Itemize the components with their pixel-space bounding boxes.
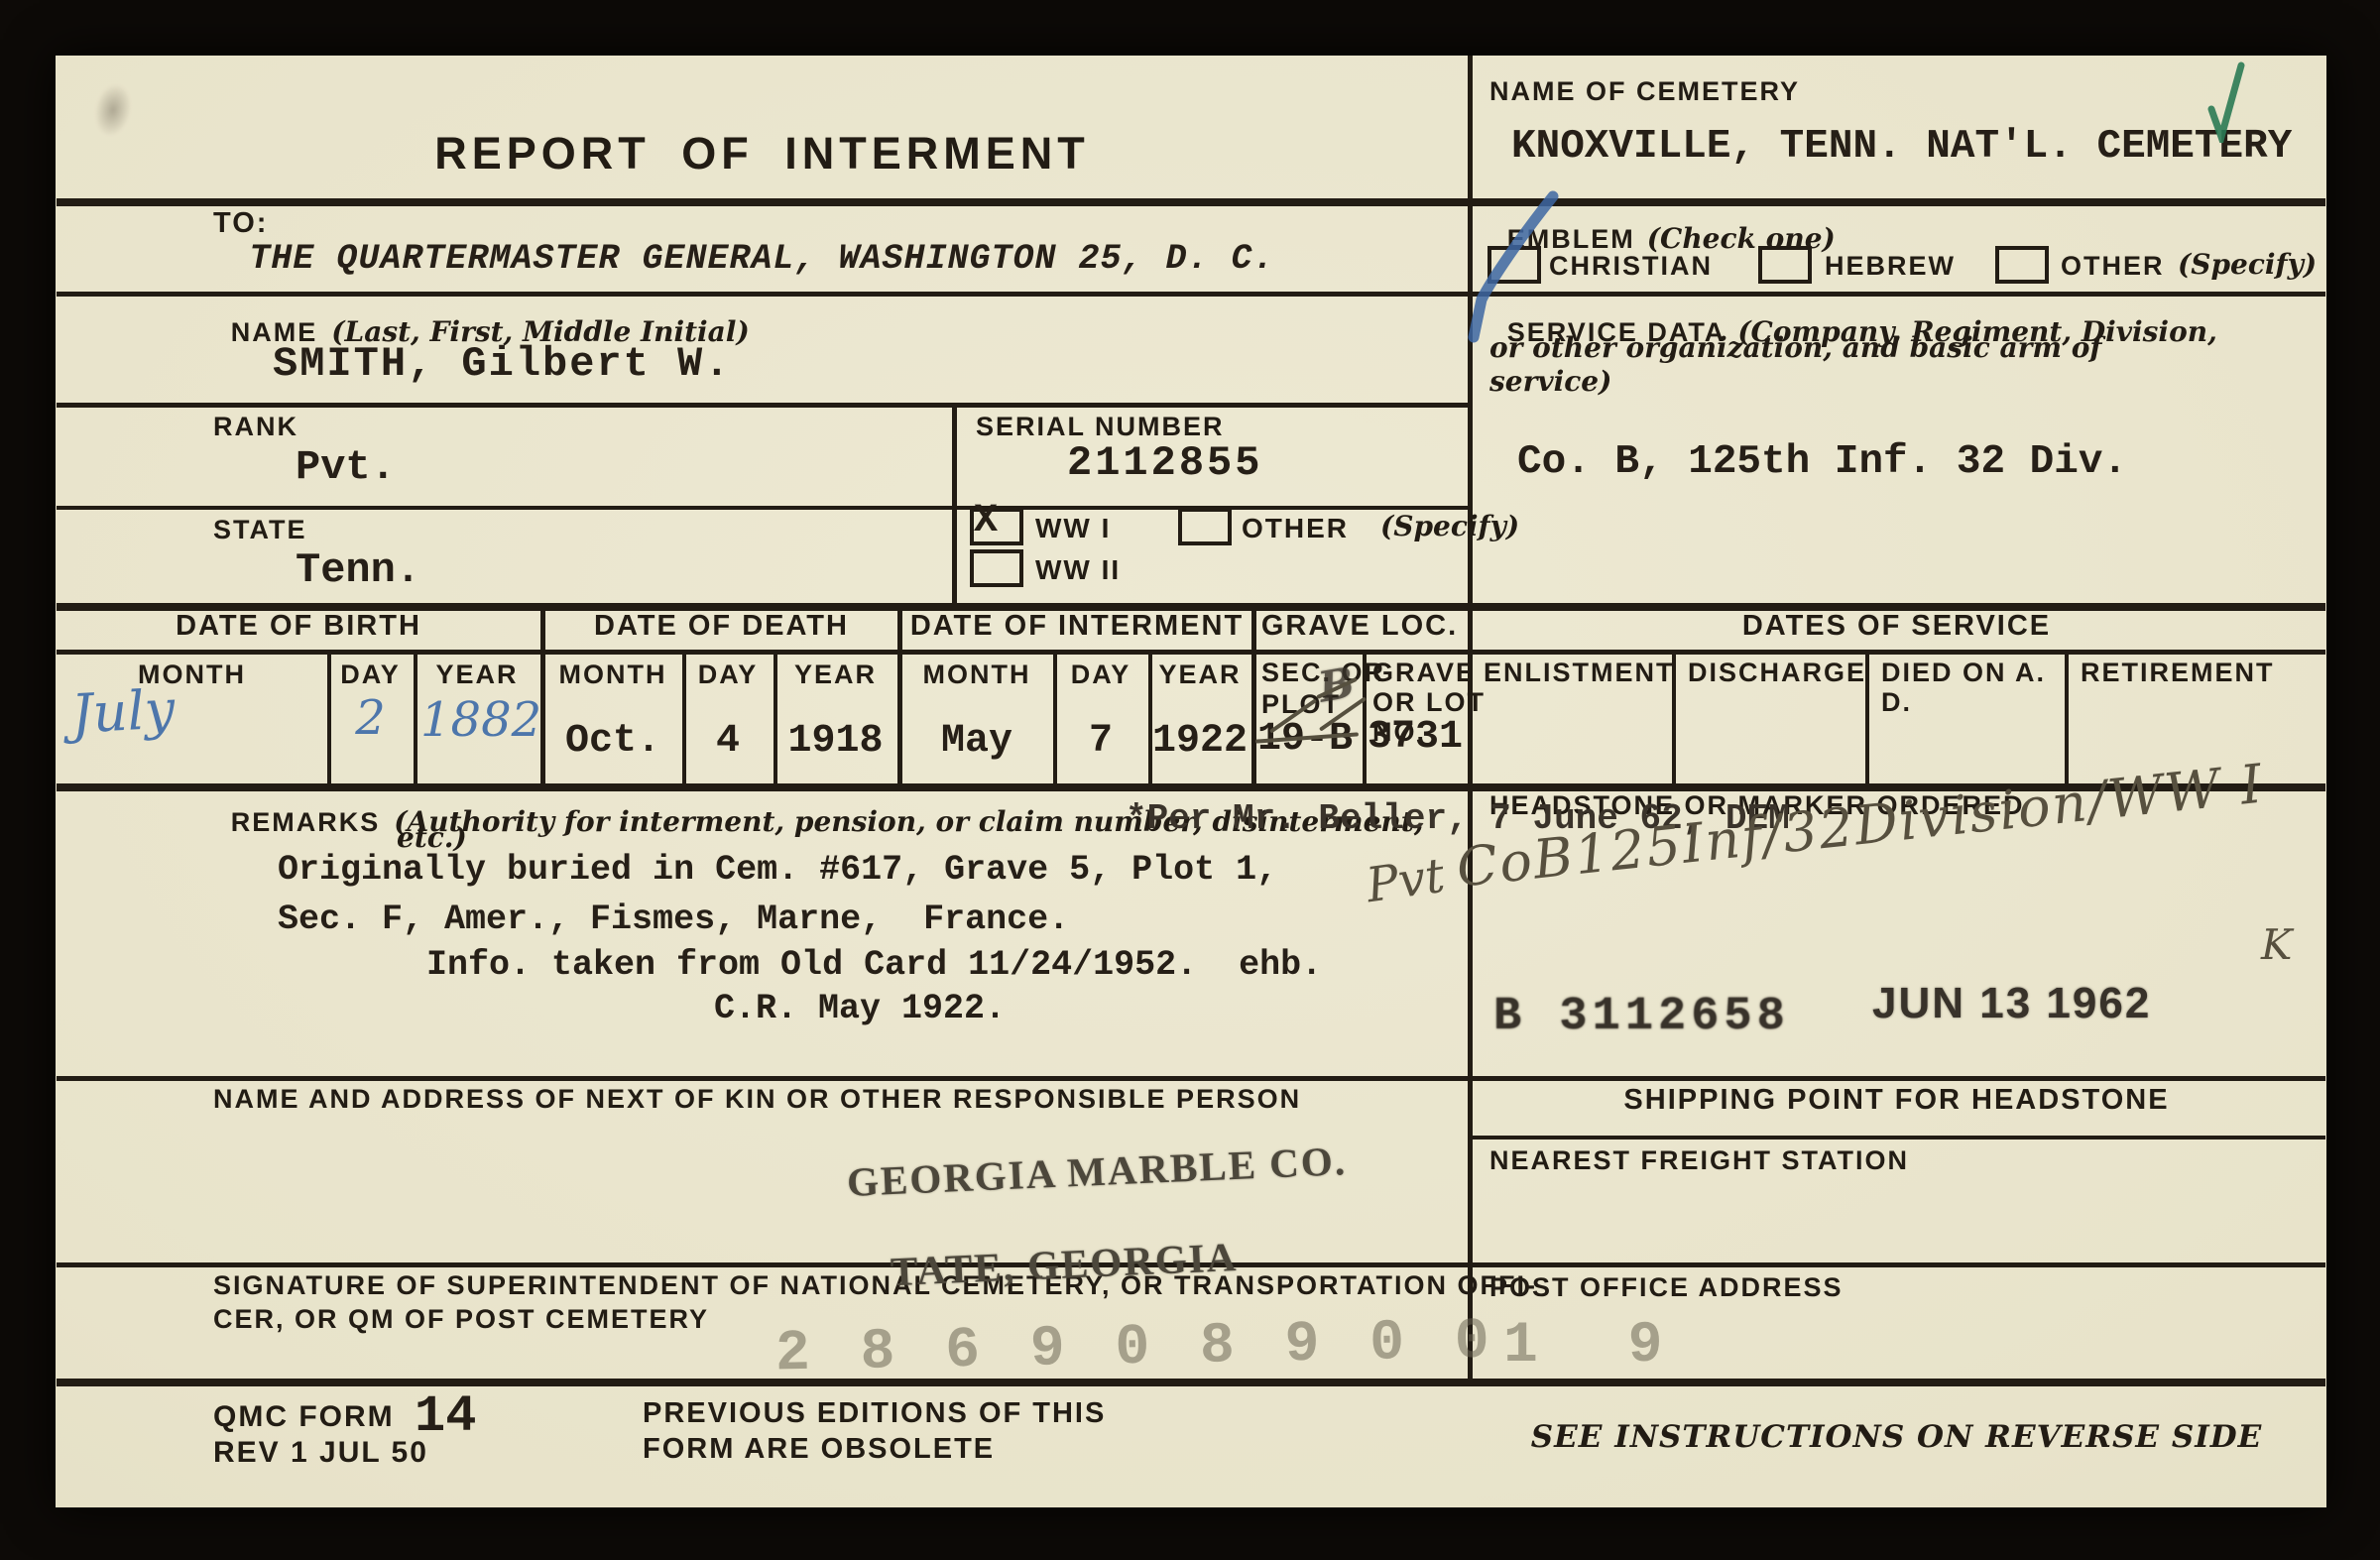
birth-day-label: DAY xyxy=(327,660,414,690)
remarks-line2: Sec. F, Amer., Fismes, Marne, France. xyxy=(278,900,1069,939)
to-value: THE QUARTERMASTER GENERAL, WASHINGTON 25… xyxy=(57,240,1468,279)
faint-stamped-digits-right: 1 9 xyxy=(1503,1315,1690,1379)
post-office-address-label: POST OFFICE ADDRESS xyxy=(1489,1273,1844,1303)
rule-under-name xyxy=(57,403,1468,408)
form-id-line1: QMC FORM xyxy=(213,1400,395,1433)
emblem-other-checkbox xyxy=(1995,246,2049,284)
rule-under-rank xyxy=(57,506,1468,510)
interment-month-value: May xyxy=(900,720,1053,764)
interment-year-value: 1922 xyxy=(1148,720,1251,764)
handwritten-birth-day: 2 xyxy=(327,692,414,745)
date-of-interment-header: DATE OF INTERMENT xyxy=(902,611,1251,643)
signature-label-line2: CER, OR QM OF POST CEMETERY xyxy=(213,1305,709,1335)
remarks-line3: Info. taken from Old Card 11/24/1952. eh… xyxy=(426,946,1322,985)
cemetery-value: KNOXVILLE, TENN. NAT'L. CEMETERY xyxy=(1511,125,2292,170)
date-of-death-header: DATE OF DEATH xyxy=(545,611,897,643)
remarks-label: REMARKS xyxy=(231,807,381,837)
georgia-marble-stamp-line1: GEORGIA MARBLE CO. xyxy=(846,1139,1348,1205)
emblem-other-label: OTHER xyxy=(2061,252,2165,282)
death-year-value: 1918 xyxy=(773,720,897,764)
grave-lot-value: 3731 xyxy=(1363,716,1468,760)
remarks-line1: Originally buried in Cem. #617, Grave 5,… xyxy=(278,851,1277,890)
death-month-label: MONTH xyxy=(543,660,682,690)
emblem-hebrew-label: HEBREW xyxy=(1825,252,1956,282)
handwritten-rank: Pvt xyxy=(1364,850,1448,912)
date-received-stamp: JUN 13 1962 xyxy=(1872,980,2151,1027)
service-data-hint-line2: or other organization, and basic arm of xyxy=(1489,333,2101,364)
emblem-pen-mark xyxy=(1444,186,1563,345)
rule-under-date-headers xyxy=(57,650,2325,655)
interment-day-value: 7 xyxy=(1053,720,1148,764)
rule-under-to xyxy=(57,292,2325,297)
ww2-checkbox xyxy=(970,549,1023,587)
emblem-christian-label: CHRISTIAN xyxy=(1549,252,1713,282)
cemetery-label: NAME OF CEMETERY xyxy=(1489,77,1800,107)
service-data-hint-line3: service) xyxy=(1489,367,1611,398)
to-label: TO: xyxy=(213,208,268,240)
nearest-freight-station-label: NEAREST FREIGHT STATION xyxy=(1489,1146,1909,1176)
name-value: SMITH, Gilbert W. xyxy=(273,341,731,387)
rule-under-remarks xyxy=(57,1076,2325,1081)
died-retirement-divider xyxy=(2065,650,2069,783)
cemetery-checkmark-icon xyxy=(2203,60,2247,143)
birth-year-label: YEAR xyxy=(414,660,540,690)
rank-value: Pvt. xyxy=(296,444,396,490)
discharge-column-label: DISCHARGE xyxy=(1688,659,1866,688)
war-other-checkbox xyxy=(1178,508,1232,545)
death-day-label: DAY xyxy=(682,660,773,690)
ww1-check-mark: X xyxy=(974,500,998,543)
serial-number-label: SERIAL NUMBER xyxy=(976,413,1225,442)
obsolete-note-line2: FORM ARE OBSOLETE xyxy=(643,1434,995,1466)
scanned-interment-form: REPORT OF INTERMENT TO: THE QUARTERMASTE… xyxy=(0,0,2380,1560)
war-other-hint: (Specify) xyxy=(1380,512,1519,542)
rank-serial-divider xyxy=(952,403,957,603)
see-instructions-note: SEE INSTRUCTIONS ON REVERSE SIDE xyxy=(1468,1420,2325,1454)
form-title: REPORT OF INTERMENT xyxy=(57,129,1468,179)
emblem-other-hint: (Specify) xyxy=(2178,250,2317,281)
handwritten-initial: K xyxy=(2261,922,2292,968)
obsolete-note-line1: PREVIOUS EDITIONS OF THIS xyxy=(643,1398,1106,1430)
headstone-stamp-number: B 3112658 xyxy=(1493,992,1790,1043)
serial-number-value: 2112855 xyxy=(1067,440,1262,486)
rule-under-shipping-header xyxy=(1468,1136,2325,1140)
faint-stamped-digits-left: 2 8 6 9 0 8 9 0 0 xyxy=(774,1311,1497,1386)
date-of-birth-header: DATE OF BIRTH xyxy=(57,611,540,643)
grave-loc-header: GRAVE LOC. xyxy=(1251,611,1468,643)
dates-of-service-header: DATES OF SERVICE xyxy=(1468,611,2325,643)
handwritten-birth-year: 1882 xyxy=(420,694,541,747)
interment-month-label: MONTH xyxy=(900,660,1053,690)
georgia-marble-stamp-line2: TATE, GEORGIA xyxy=(890,1230,1352,1294)
remarks-line4: C.R. May 1922. xyxy=(714,990,1006,1028)
died-on-ad-column-label: DIED ON A. D. xyxy=(1881,659,2052,717)
death-year-label: YEAR xyxy=(773,660,897,690)
georgia-marble-stamp: GEORGIA MARBLE CO. TATE, GEORGIA xyxy=(845,1104,1354,1332)
ww1-label: WW I xyxy=(1035,514,1111,544)
state-label: STATE xyxy=(213,516,307,545)
handwritten-birth-month: July xyxy=(70,679,177,744)
retirement-column-label: RETIREMENT xyxy=(2081,659,2275,688)
ww2-label: WW II xyxy=(1035,555,1121,586)
emblem-hebrew-checkbox xyxy=(1758,246,1812,284)
war-other-label: OTHER xyxy=(1242,514,1349,544)
grave-lot-label-line1: GRAVE xyxy=(1372,659,1476,688)
rule-under-title xyxy=(57,198,2325,206)
form-id-line2: REV 1 JUL 50 xyxy=(213,1436,428,1469)
next-of-kin-label: NAME AND ADDRESS OF NEXT OF KIN OR OTHER… xyxy=(213,1085,1301,1115)
rank-label: RANK xyxy=(213,413,298,442)
service-data-value: Co. B, 125th Inf. 32 Div. xyxy=(1517,440,2127,485)
form-number: 14 xyxy=(415,1388,476,1445)
death-month-value: Oct. xyxy=(543,720,682,764)
rule-above-footer xyxy=(57,1379,2325,1386)
state-value: Tenn. xyxy=(296,547,420,593)
interment-day-label: DAY xyxy=(1053,660,1148,690)
interment-year-label: YEAR xyxy=(1148,660,1251,690)
enlistment-column-label: ENLISTMENT xyxy=(1484,659,1675,688)
death-day-value: 4 xyxy=(682,720,773,764)
grave-lot-label-line2: OR LOT xyxy=(1372,688,1486,718)
shipping-point-header: SHIPPING POINT FOR HEADSTONE xyxy=(1468,1085,2325,1117)
